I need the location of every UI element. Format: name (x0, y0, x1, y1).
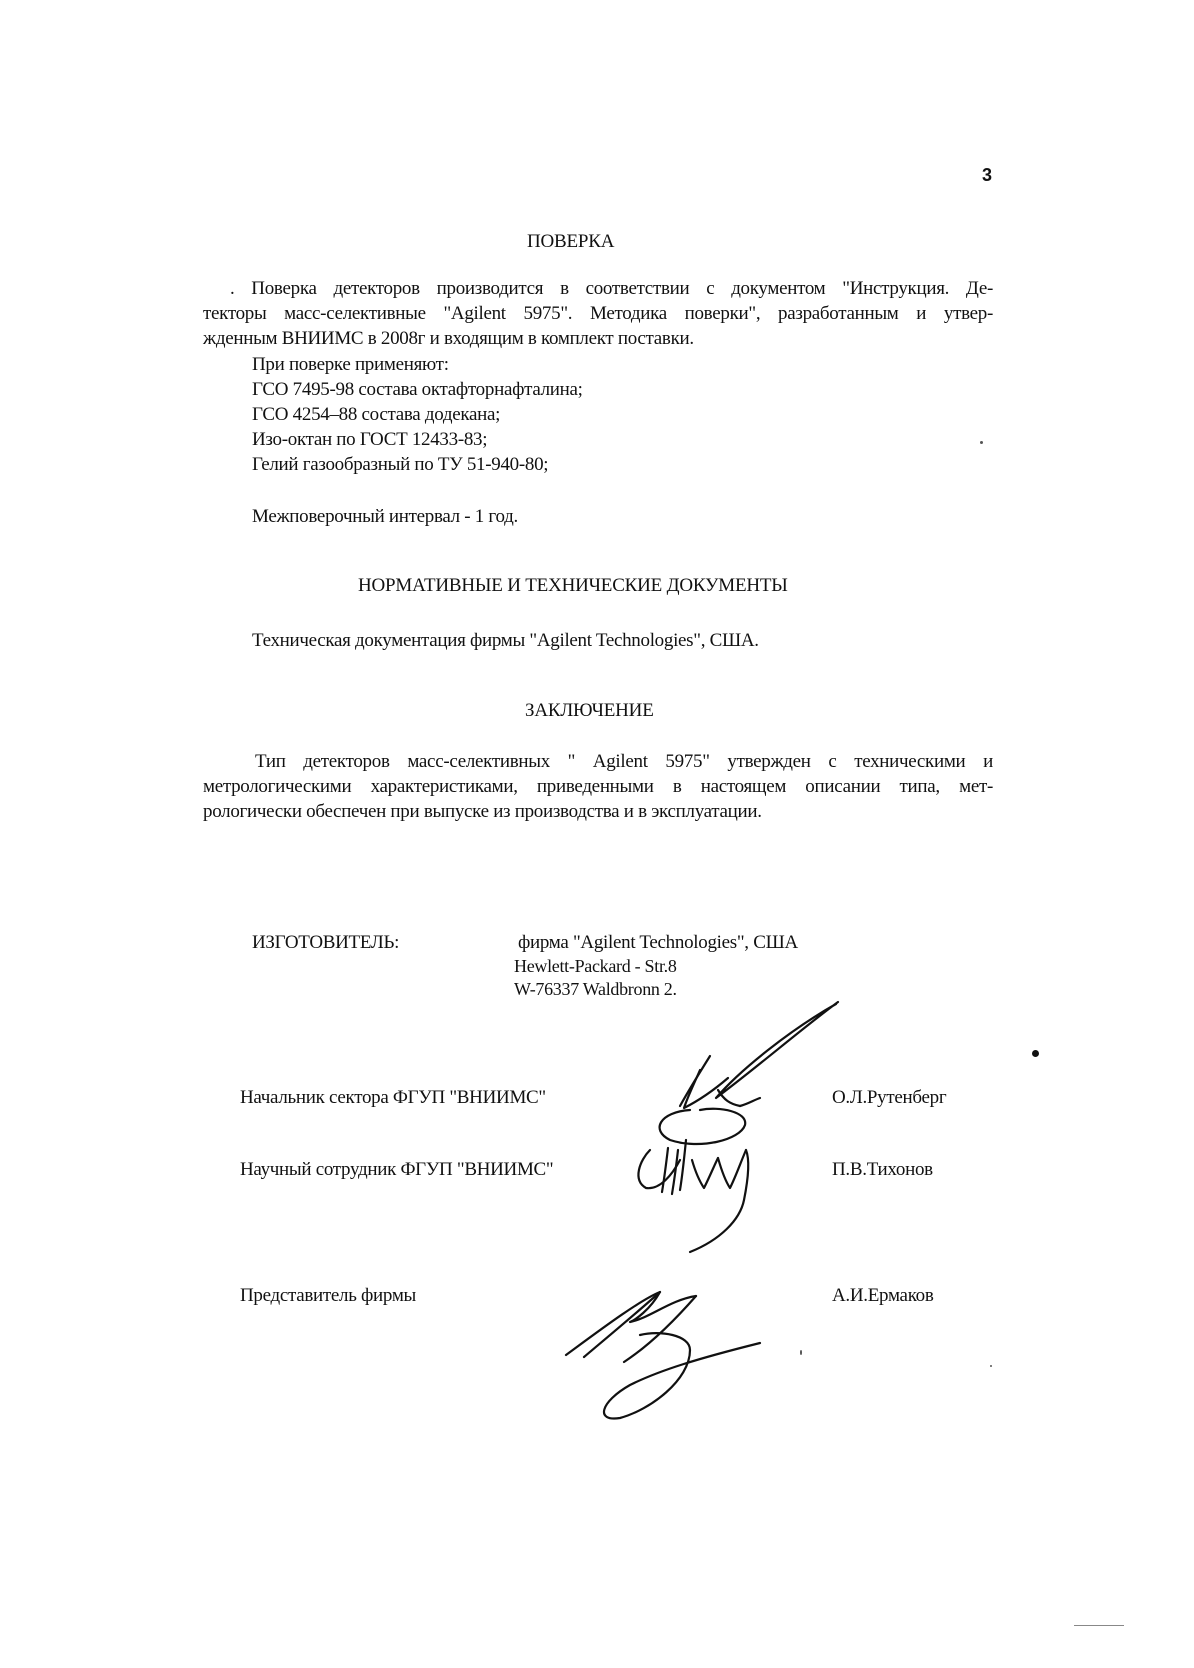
handwritten-signatures (0, 0, 1194, 1668)
scan-speck (800, 1350, 802, 1355)
signature-ermakov (566, 1292, 760, 1419)
signature-tikhonov (638, 1140, 748, 1252)
scan-speck (1074, 1625, 1124, 1626)
scan-speck (1032, 1050, 1039, 1057)
signature-rutenberg (660, 1002, 838, 1144)
scan-speck (990, 1365, 992, 1367)
document-page: 3 ПОВЕРКА . Поверка детекторов производи… (0, 0, 1194, 1668)
scan-speck (980, 441, 983, 444)
